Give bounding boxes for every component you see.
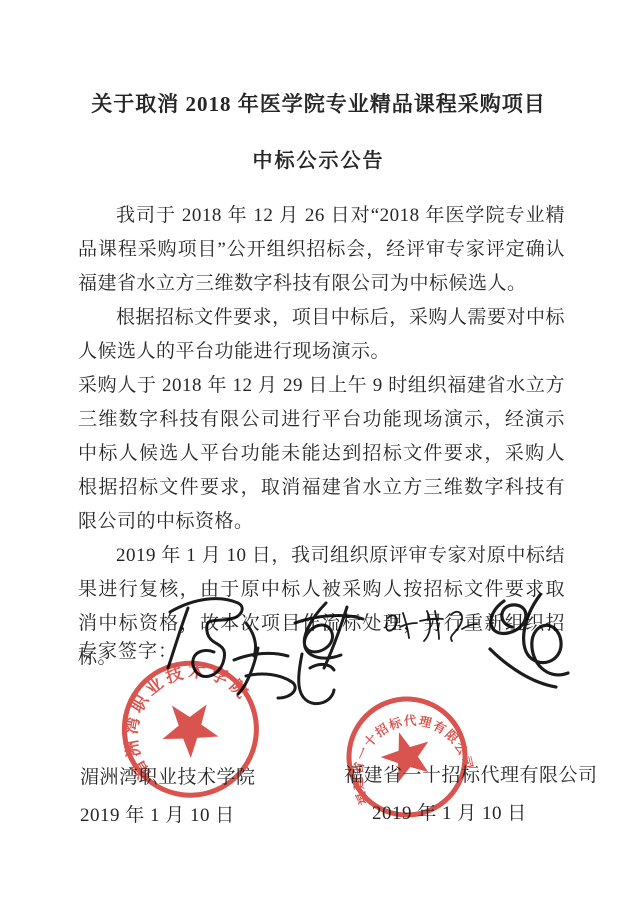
left-organization-name: 湄洲湾职业技术学院: [80, 762, 256, 789]
scanned-document-page: 关于取消 2018 年医学院专业精品课程采购项目 中标公示公告 我司于 2018…: [0, 0, 637, 900]
paragraph-1: 我司于 2018 年 12 月 26 日对“2018 年医学院专业精品课程采购项…: [78, 199, 565, 301]
document-title-line1: 关于取消 2018 年医学院专业精品课程采购项目: [0, 0, 637, 118]
right-organization-name: 福建省一十招标代理有限公司: [344, 760, 598, 787]
document-title-line2: 中标公示公告: [0, 144, 637, 173]
right-date: 2019 年 1 月 10 日: [372, 798, 527, 825]
seal-star-icon: [150, 688, 227, 764]
paragraph-3: 采购人于 2018 年 12 月 29 日上午 9 时组织福建省水立方三维数字科…: [78, 369, 565, 539]
left-date: 2019 年 1 月 10 日: [80, 800, 235, 827]
handwritten-signature-2: [295, 603, 363, 668]
handwritten-signature-4: [490, 595, 568, 687]
handwritten-signature-3: [386, 611, 477, 641]
paragraph-2: 根据招标文件要求，项目中标后，采购人需要对中标人候选人的平台功能进行现场演示。: [78, 301, 565, 369]
